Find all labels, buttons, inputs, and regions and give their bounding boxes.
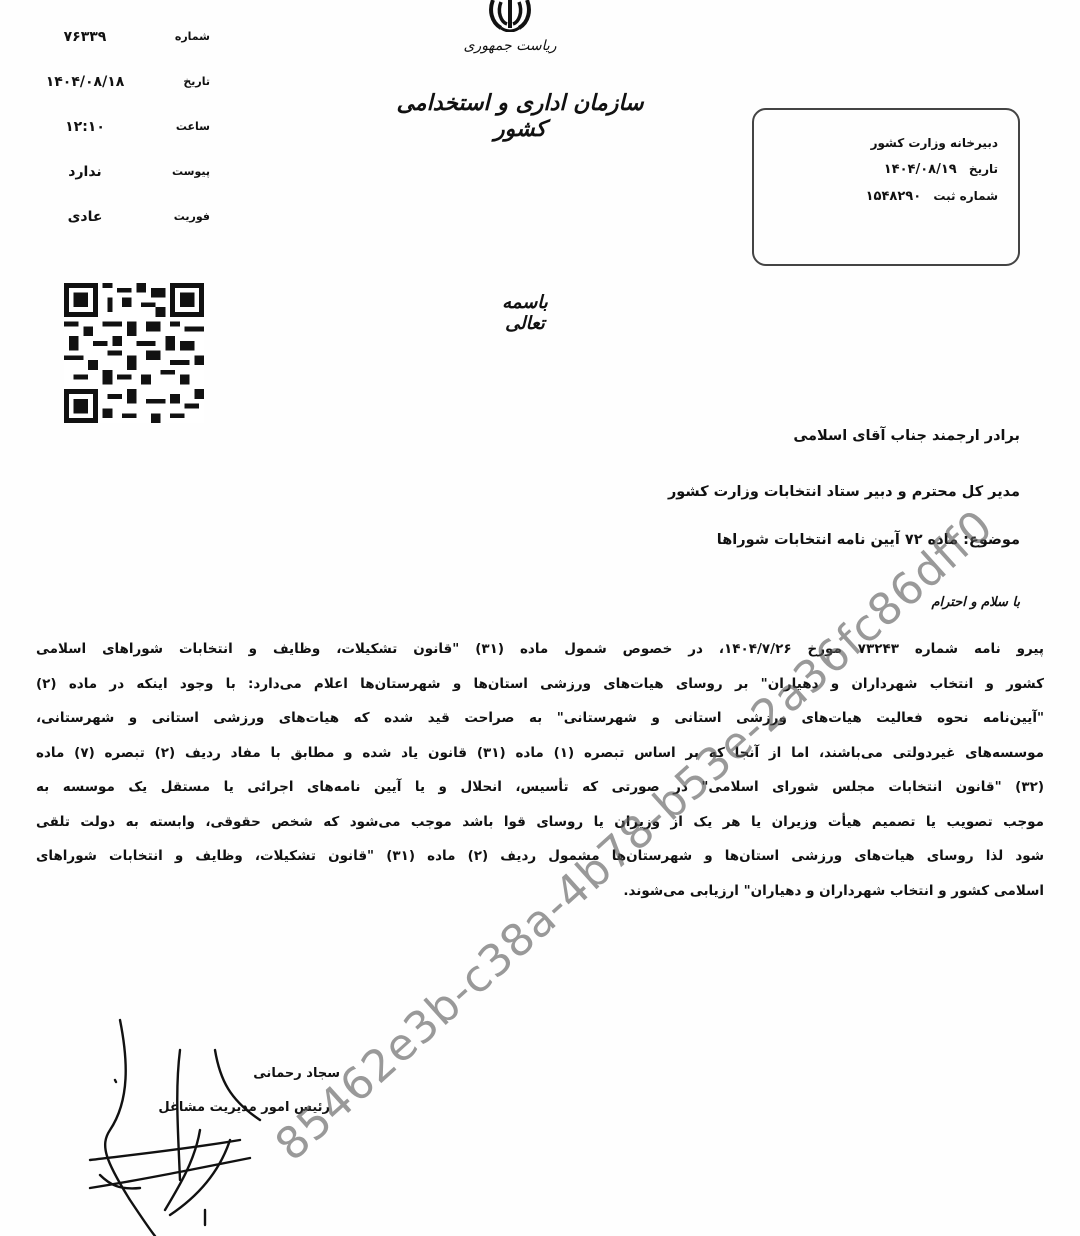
stamp-reg-value: ۱۵۴۸۲۹۰ (866, 189, 922, 204)
stamp-reg-label: شماره ثبت (933, 189, 998, 203)
body-line: شود لذا روسای هیات‌های ورزشی استان‌ها و … (36, 839, 1044, 874)
meta-label: شماره (160, 30, 210, 43)
meta-value: ۷۶۳۳۹ (30, 29, 140, 45)
qr-code-icon (62, 283, 206, 423)
letter-body: پیرو نامه شماره ۷۳۲۴۳ مورخ ۱۴۰۴/۷/۲۶، در… (36, 632, 1044, 908)
registry-stamp: دبیرخانه وزارت کشور تاریخ ۱۴۰۴/۰۸/۱۹ شما… (752, 108, 1020, 266)
signatory-name: سجاد رحمانی (150, 1066, 340, 1081)
stamp-date: تاریخ ۱۴۰۴/۰۸/۱۹ (774, 162, 998, 177)
letter-meta: شماره ۷۶۳۳۹ تاریخ ۱۴۰۴/۰۸/۱۸ ساعت ۱۲:۱۰ … (30, 14, 210, 239)
meta-row-date: تاریخ ۱۴۰۴/۰۸/۱۸ (30, 59, 210, 104)
greeting: با سلام و احترام (931, 595, 1020, 610)
body-line: اسلامی کشور و انتخاب شهرداران و دهیاران"… (36, 874, 1044, 909)
stamp-title: دبیرخانه وزارت کشور (774, 136, 998, 150)
stamp-date-value: ۱۴۰۴/۰۸/۱۹ (884, 162, 957, 177)
meta-value: ۱۴۰۴/۰۸/۱۸ (30, 74, 140, 90)
stamp-registration: شماره ثبت ۱۵۴۸۲۹۰ (774, 189, 998, 204)
presidency-label: ریاست جمهوری (440, 38, 580, 54)
meta-label: تاریخ (160, 75, 210, 88)
stamp-date-label: تاریخ (969, 162, 998, 176)
letter-page: شماره ۷۶۳۳۹ تاریخ ۱۴۰۴/۰۸/۱۸ ساعت ۱۲:۱۰ … (0, 0, 1080, 1236)
body-line: پیرو نامه شماره ۷۳۲۴۳ مورخ ۱۴۰۴/۷/۲۶، در… (36, 632, 1044, 667)
meta-value: ۱۲:۱۰ (30, 119, 140, 135)
body-line: موسسه‌های غیردولتی می‌باشند، اما از آنجا… (36, 736, 1044, 771)
addressee-name: برادر ارجمند جناب آقای اسلامی (793, 428, 1020, 444)
meta-row-time: ساعت ۱۲:۱۰ (30, 104, 210, 149)
body-line: موجب تصویب یا تصمیم هیأت وزیران یا هر یک… (36, 805, 1044, 840)
organization-title: سازمان اداری و استخدامی کشور (380, 90, 660, 142)
meta-label: پیوست (160, 165, 210, 178)
body-line: "آیین‌نامه نحوه فعالیت هیات‌های ورزشی اس… (36, 701, 1044, 736)
basmala-heading: باسمه تعالی (480, 292, 570, 334)
signatory-title: رئیس امور مدیریت مشاغل (130, 1100, 330, 1115)
letter-subject: موضوع: ماده ۷۲ آیین نامه انتخابات شوراها (717, 532, 1020, 548)
body-line: (۳۲) "قانون انتخابات مجلس شورای اسلامی" … (36, 770, 1044, 805)
meta-label: ساعت (160, 120, 210, 133)
meta-row-number: شماره ۷۶۳۳۹ (30, 14, 210, 59)
iran-emblem-icon (487, 0, 533, 32)
meta-row-priority: فوریت عادی (30, 194, 210, 239)
signature-scribble-icon (70, 1010, 330, 1236)
addressee-title: مدیر کل محترم و دبیر ستاد انتخابات وزارت… (668, 484, 1020, 500)
meta-value: عادی (30, 209, 140, 225)
body-line: کشور و انتخاب شهرداران و دهیاران" بر روس… (36, 667, 1044, 702)
meta-value: ندارد (30, 164, 140, 180)
meta-label: فوریت (160, 210, 210, 223)
meta-row-attachment: پیوست ندارد (30, 149, 210, 194)
